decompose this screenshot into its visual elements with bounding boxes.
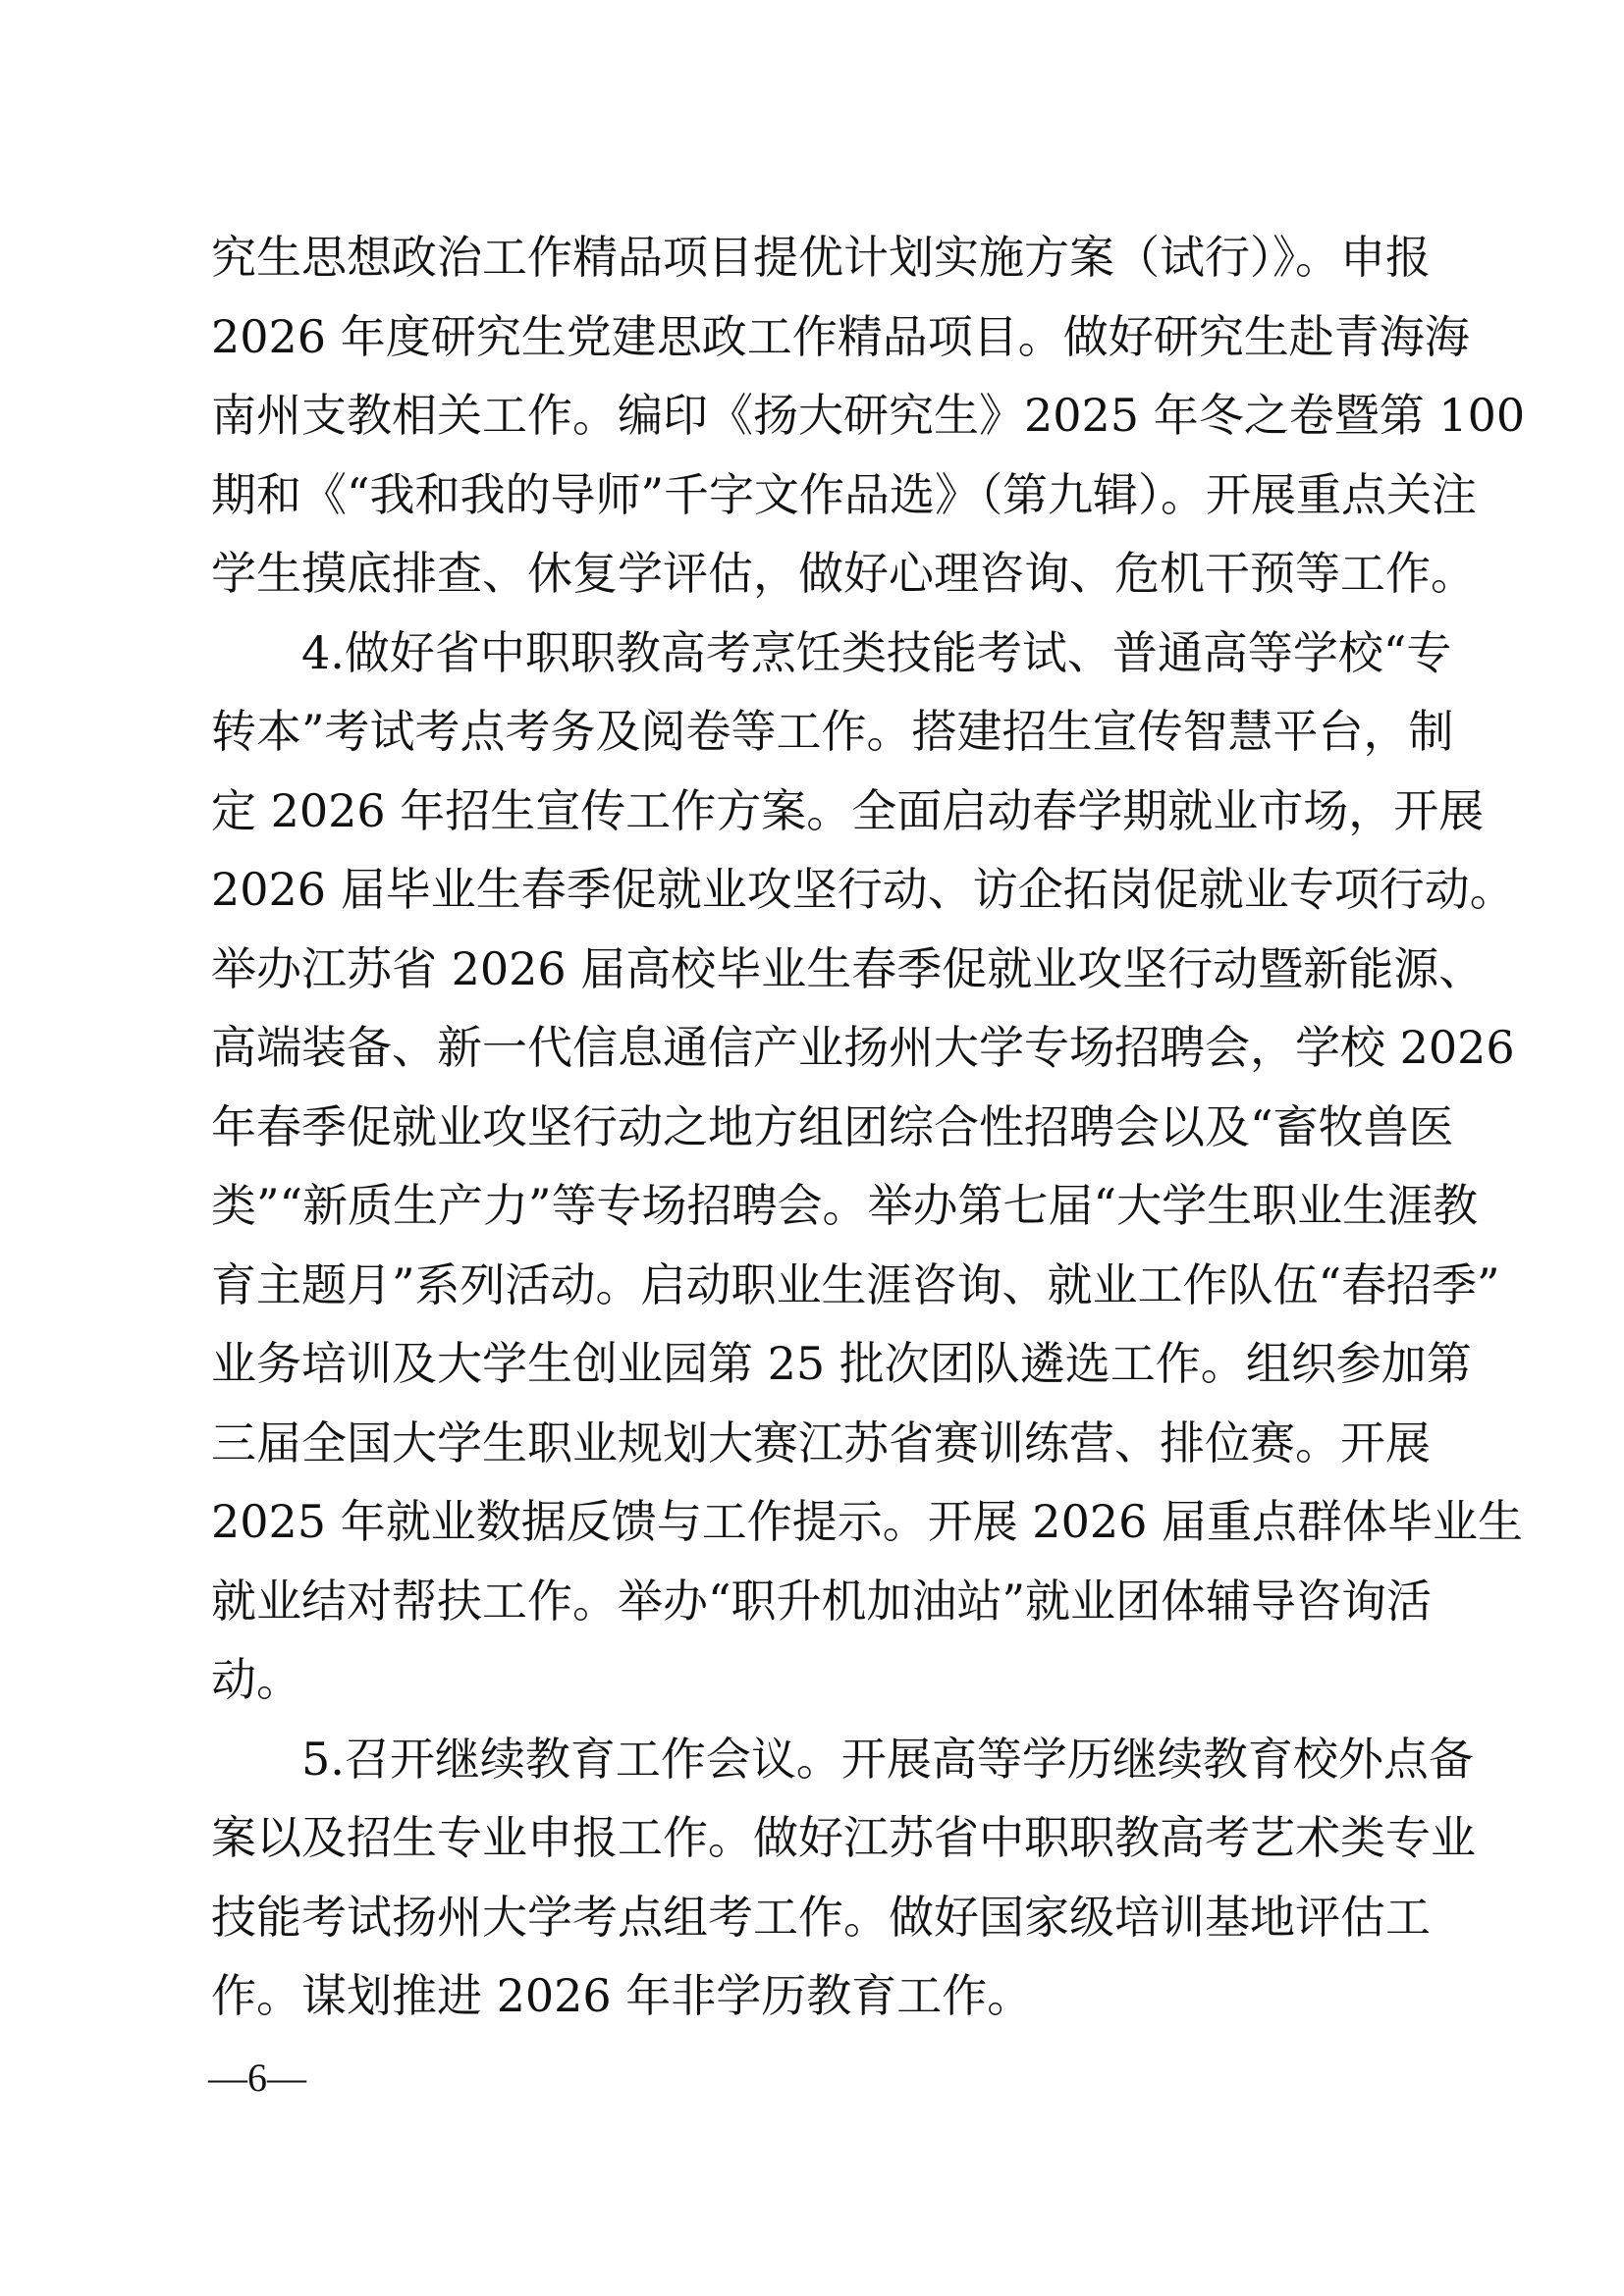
text-line: 高端装备、新一代信息通信产业扬州大学专场招聘会，学校 2026: [211, 1008, 1421, 1088]
text-line: 就业结对帮扶工作。举办“职升机加油站”就业团体辅导咨询活: [211, 1562, 1421, 1641]
text-line: 定 2026 年招生宣传工作方案。全面启动春学期就业市场，开展: [211, 772, 1421, 851]
text-line: 类”“新质生产力”等专场招聘会。举办第七届“大学生职业生涯教: [211, 1166, 1421, 1246]
text-line: 年春季促就业攻坚行动之地方组团综合性招聘会以及“畜牧兽医: [211, 1088, 1421, 1167]
body-text: 究生思想政治工作精品项目提优计划实施方案（试行）》。申报 2026 年度研究生党…: [211, 218, 1421, 2036]
text-line: 业务培训及大学生创业园第 25 批次团队遴选工作。组织参加第: [211, 1324, 1421, 1404]
paragraph-5-start: 5.召开继续教育工作会议。开展高等学历继续教育校外点备: [211, 1720, 1421, 1799]
text-line: 2026 年度研究生党建思政工作精品项目。做好研究生赴青海海: [211, 297, 1421, 377]
text-line: 育主题月”系列活动。启动职业生涯咨询、就业工作队伍“春招季”: [211, 1246, 1421, 1325]
text-line: 南州支教相关工作。编印《扬大研究生》2025 年冬之卷暨第 100: [211, 376, 1421, 455]
text-line: 举办江苏省 2026 届高校毕业生春季促就业攻坚行动暨新能源、: [211, 930, 1421, 1009]
text-line: 动。: [211, 1640, 1421, 1720]
text-line: 技能考试扬州大学考点组考工作。做好国家级培训基地评估工: [211, 1878, 1421, 1957]
text-line: 期和《“我和我的导师”千字文作品选》（第九辑）。开展重点关注: [211, 455, 1421, 535]
text-line: 三届全国大学生职业规划大赛江苏省赛训练营、排位赛。开展: [211, 1404, 1421, 1483]
text-line: 作。谋划推进 2026 年非学历教育工作。: [211, 1956, 1421, 2036]
text-line: 转本”考试考点考务及阅卷等工作。搭建招生宣传智慧平台，制: [211, 692, 1421, 772]
text-line: 案以及招生专业申报工作。做好江苏省中职职教高考艺术类专业: [211, 1798, 1421, 1878]
document-page: 究生思想政治工作精品项目提优计划实施方案（试行）》。申报 2026 年度研究生党…: [0, 0, 1624, 2296]
text-line: 2026 届毕业生春季促就业攻坚行动、访企拓岗促就业专项行动。: [211, 850, 1421, 930]
text-line: 2025 年就业数据反馈与工作提示。开展 2026 届重点群体毕业生: [211, 1482, 1421, 1562]
text-line: 学生摸底排查、休复学评估，做好心理咨询、危机干预等工作。: [211, 534, 1421, 614]
text-line: 究生思想政治工作精品项目提优计划实施方案（试行）》。申报: [211, 218, 1421, 297]
paragraph-4-start: 4.做好省中职职教高考烹饪类技能考试、普通高等学校“专: [211, 614, 1421, 693]
page-number: —6—: [208, 2054, 306, 2103]
